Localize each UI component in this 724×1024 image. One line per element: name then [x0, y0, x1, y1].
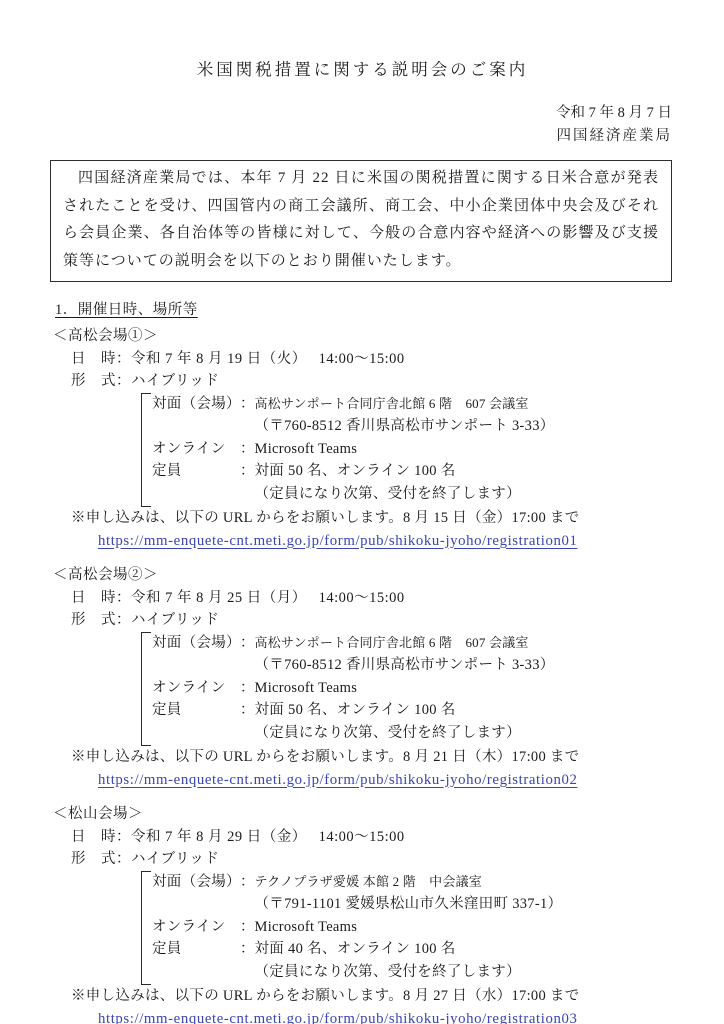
inperson-venue: テクノプラザ愛媛 本館 2 階 中会議室 [255, 871, 673, 894]
capacity-note: （定員になり次第、受付を終了します） [255, 722, 673, 745]
capacity-note: （定員になり次第、受付を終了します） [255, 483, 673, 506]
registration-url-link[interactable]: https://mm-enquete-cnt.meti.go.jp/form/p… [98, 772, 577, 788]
venue-details-bracket: 対面（会場） ： テクノプラザ愛媛 本館 2 階 中会議室 （〒791-1101… [141, 871, 672, 986]
inperson-venue: 高松サンポート合同庁舎北館 6 階 607 会議室 [255, 393, 673, 416]
inperson-address: （〒760-8512 香川県高松市サンポート 3-33） [255, 415, 673, 438]
venue-block-matsuyama: ＜松山会場＞ 日 時：令和 7 年 8 月 29 日（金） 14:00～15:0… [53, 803, 672, 1024]
doc-author: 四国経済産業局 [53, 125, 672, 148]
capacity-value: 対面 50 名、オンライン 100 名 [255, 460, 673, 483]
doc-date: 令和 7 年 8 月 7 日 [53, 102, 672, 125]
colon-separator: ： [240, 438, 255, 461]
page-title: 米国関税措置に関する説明会のご案内 [53, 56, 672, 80]
venue-block-takamatsu-1: ＜高松会場①＞ 日 時：令和 7 年 8 月 19 日（火） 14:00～15:… [53, 325, 672, 552]
inperson-address: （〒760-8512 香川県高松市サンポート 3-33） [255, 654, 673, 677]
colon-separator: ： [240, 393, 255, 416]
doc-meta: 令和 7 年 8 月 7 日 四国経済産業局 [53, 102, 672, 148]
inperson-venue: 高松サンポート合同庁舎北館 6 階 607 会議室 [255, 632, 673, 655]
apply-note: ※申し込みは、以下の URL からをお願いします。8 月 27 日（水）17:0… [71, 985, 672, 1008]
inperson-label: 対面（会場） [152, 632, 240, 655]
online-label: オンライン [152, 677, 240, 700]
colon-separator: ： [240, 460, 255, 483]
venue-name: ＜高松会場①＞ [53, 325, 672, 348]
row-capacity: 定員 ： 対面 50 名、オンライン 100 名 （定員になり次第、受付を終了し… [152, 699, 672, 744]
venue-format: 形 式：ハイブリッド [71, 609, 672, 632]
apply-note: ※申し込みは、以下の URL からをお願いします。8 月 15 日（金）17:0… [71, 507, 672, 530]
venue-format: 形 式：ハイブリッド [71, 370, 672, 393]
online-value: Microsoft Teams [255, 438, 673, 461]
row-capacity: 定員 ： 対面 50 名、オンライン 100 名 （定員になり次第、受付を終了し… [152, 460, 672, 505]
capacity-label: 定員 [152, 699, 240, 722]
capacity-note: （定員になり次第、受付を終了します） [255, 961, 673, 984]
row-online: オンライン ： Microsoft Teams [152, 677, 672, 700]
online-value: Microsoft Teams [255, 677, 673, 700]
intro-text: 四国経済産業局では、本年 7 月 22 日に米国の関税措置に関する日米合意が発表… [63, 165, 659, 275]
online-label: オンライン [152, 438, 240, 461]
colon-separator: ： [240, 699, 255, 722]
row-inperson: 対面（会場） ： 高松サンポート合同庁舎北館 6 階 607 会議室 （〒760… [152, 632, 672, 677]
apply-note: ※申し込みは、以下の URL からをお願いします。8 月 21 日（木）17:0… [71, 746, 672, 769]
inperson-label: 対面（会場） [152, 393, 240, 416]
row-inperson: 対面（会場） ： 高松サンポート合同庁舎北館 6 階 607 会議室 （〒760… [152, 393, 672, 438]
registration-url-link[interactable]: https://mm-enquete-cnt.meti.go.jp/form/p… [98, 1011, 577, 1024]
venue-details-bracket: 対面（会場） ： 高松サンポート合同庁舎北館 6 階 607 会議室 （〒760… [141, 393, 672, 508]
venue-details-bracket: 対面（会場） ： 高松サンポート合同庁舎北館 6 階 607 会議室 （〒760… [141, 632, 672, 747]
colon-separator: ： [240, 871, 255, 894]
row-online: オンライン ： Microsoft Teams [152, 916, 672, 939]
venue-name: ＜松山会場＞ [53, 803, 672, 826]
online-value: Microsoft Teams [255, 916, 673, 939]
inperson-address: （〒791-1101 愛媛県松山市久米窪田町 337-1） [255, 893, 673, 916]
capacity-value: 対面 50 名、オンライン 100 名 [255, 699, 673, 722]
colon-separator: ： [240, 677, 255, 700]
row-capacity: 定員 ： 対面 40 名、オンライン 100 名 （定員になり次第、受付を終了し… [152, 938, 672, 983]
online-label: オンライン [152, 916, 240, 939]
row-inperson: 対面（会場） ： テクノプラザ愛媛 本館 2 階 中会議室 （〒791-1101… [152, 871, 672, 916]
venue-datetime: 日 時：令和 7 年 8 月 25 日（月） 14:00～15:00 [71, 587, 672, 610]
venue-block-takamatsu-2: ＜高松会場②＞ 日 時：令和 7 年 8 月 25 日（月） 14:00～15:… [53, 564, 672, 791]
document-page: 米国関税措置に関する説明会のご案内 令和 7 年 8 月 7 日 四国経済産業局… [0, 0, 724, 1024]
colon-separator: ： [240, 938, 255, 961]
row-online: オンライン ： Microsoft Teams [152, 438, 672, 461]
capacity-label: 定員 [152, 938, 240, 961]
venue-datetime: 日 時：令和 7 年 8 月 29 日（金） 14:00～15:00 [71, 826, 672, 849]
capacity-value: 対面 40 名、オンライン 100 名 [255, 938, 673, 961]
colon-separator: ： [240, 632, 255, 655]
capacity-label: 定員 [152, 460, 240, 483]
venue-format: 形 式：ハイブリッド [71, 848, 672, 871]
colon-separator: ： [240, 916, 255, 939]
intro-box: 四国経済産業局では、本年 7 月 22 日に米国の関税措置に関する日米合意が発表… [50, 160, 672, 282]
venue-datetime: 日 時：令和 7 年 8 月 19 日（火） 14:00～15:00 [71, 348, 672, 371]
venue-name: ＜高松会場②＞ [53, 564, 672, 587]
inperson-label: 対面（会場） [152, 871, 240, 894]
registration-url-link[interactable]: https://mm-enquete-cnt.meti.go.jp/form/p… [98, 533, 577, 549]
section-heading: 1．開催日時、場所等 [55, 298, 672, 319]
